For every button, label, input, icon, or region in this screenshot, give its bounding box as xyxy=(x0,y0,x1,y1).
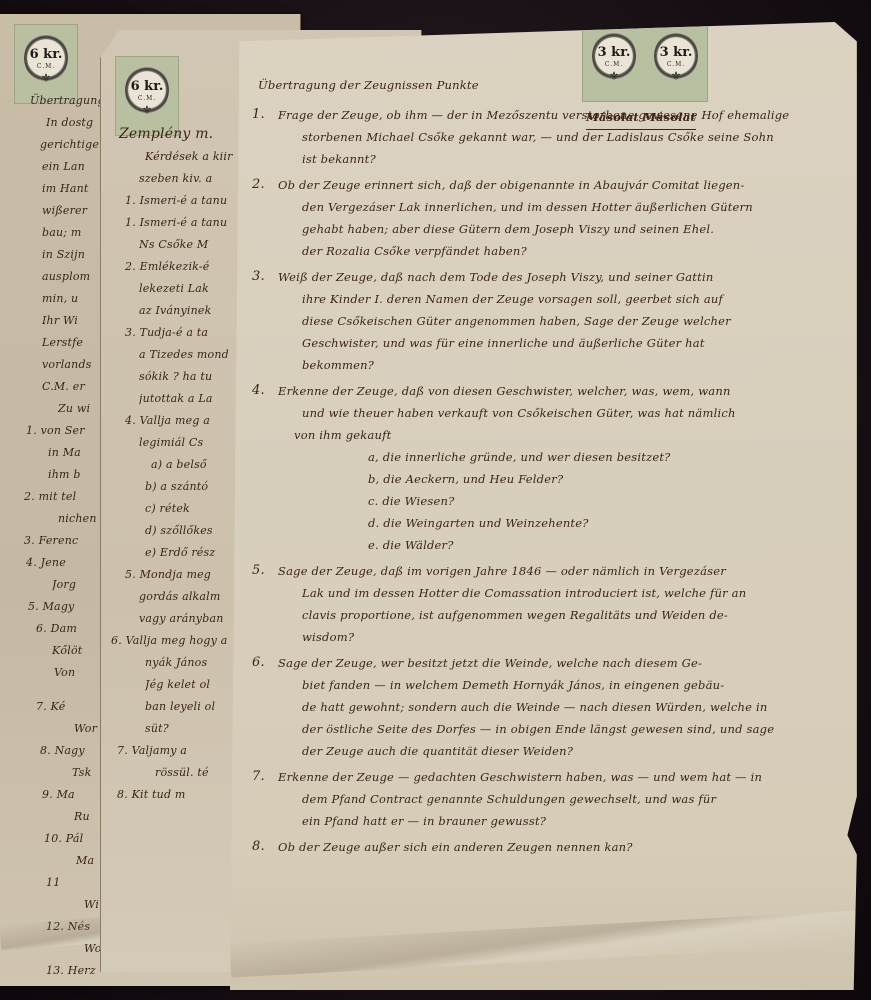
double-eagle-icon: ⚜ xyxy=(116,103,178,117)
text-line: d) szőllőkes xyxy=(145,520,233,542)
sub-item: b, die Aeckern, und Heu Felder? xyxy=(368,468,842,490)
stamp-value: 6 kr. xyxy=(116,79,178,94)
text-line: a) a belső xyxy=(151,454,233,476)
text-line: a Tizedes mond xyxy=(139,344,233,366)
question-item: 8. Ob der Zeuge außer sich ein anderen Z… xyxy=(252,836,842,858)
text-line: 8. Kit tud m xyxy=(117,784,233,806)
text-line: Geschwister, und was für eine innerliche… xyxy=(302,332,842,354)
text-line: Weiß der Zeuge, daß nach dem Tode des Jo… xyxy=(278,266,842,288)
text-line: Erkenne der Zeuge — gedachten Geschwiste… xyxy=(278,766,842,788)
text-line: az Iványinek xyxy=(139,300,233,322)
text-line: Sage der Zeuge, daß im vorigen Jahre 184… xyxy=(278,560,842,582)
text-line: 7. Valjamy a xyxy=(117,740,233,762)
text-line: dem Pfand Contract genannte Schuldungen … xyxy=(302,788,842,810)
text-line: clavis proportione, ist aufgenommen wege… xyxy=(302,604,842,626)
document-title: Übertragung der Zeugnissen Punkte xyxy=(258,74,479,96)
stamp-value: 3 kr. xyxy=(583,45,645,60)
text-line: von ihm gekauft xyxy=(294,424,842,446)
text-line: e) Erdő rész xyxy=(145,542,233,564)
question-item: 6. Sage der Zeuge, wer besitzt jetzt die… xyxy=(252,652,842,762)
sheet-header: Zemplény m. xyxy=(119,126,213,142)
question-item: 3. Weiß der Zeuge, daß nach dem Tode des… xyxy=(252,266,842,376)
double-eagle-icon: ⚜ xyxy=(645,69,707,83)
text-line: der Rozalia Csőke verpfändet haben? xyxy=(302,240,842,262)
text-line: storbenen Michael Csőke gekannt war, — u… xyxy=(302,126,842,148)
text-line: c) rétek xyxy=(145,498,233,520)
question-list: 1. Frage der Zeuge, ob ihm — der in Mező… xyxy=(252,104,842,862)
middle-sheet-text: Kérdések a kiir szeben kiv. a 1. Ismeri-… xyxy=(105,146,233,806)
text-line: sókik ? ha tu xyxy=(139,366,233,388)
text-line: 5. Mondja meg xyxy=(125,564,233,586)
text-line: Sage der Zeuge, wer besitzt jetzt die We… xyxy=(278,652,842,674)
stamp-unit: C.M. xyxy=(15,63,77,70)
text-line: Jég kelet ol xyxy=(145,674,233,696)
text-line: bekommen? xyxy=(302,354,842,376)
sub-item: c. die Wiesen? xyxy=(368,490,842,512)
question-item: 2. Ob der Zeuge erinnert sich, daß der o… xyxy=(252,174,842,262)
sub-item: a, die innerliche gründe, und wer diesen… xyxy=(368,446,842,468)
text-line: Kérdések a kiir xyxy=(145,146,233,168)
text-line: biet fanden — in welchem Demeth Hornyák … xyxy=(302,674,842,696)
text-line: der Zeuge auch die quantität dieser Weid… xyxy=(302,740,842,762)
question-number: 3. xyxy=(252,266,265,288)
text-line: 2. Emlékezik-é xyxy=(125,256,233,278)
text-line: ihre Kinder I. deren Namen der Zeuge vor… xyxy=(302,288,842,310)
text-line: ein Pfand hatt er — in brauner gewusst? xyxy=(302,810,842,832)
text-line: der östliche Seite des Dorfes — in obige… xyxy=(302,718,842,740)
text-line: nyák János xyxy=(145,652,233,674)
text-line: 1. Ismeri-é a tanu xyxy=(125,190,233,212)
front-document-sheet: 3 kr. C.M. ⚜ 3 kr. C.M. ⚜ Übertragung de… xyxy=(230,22,860,990)
text-line: vagy arányban xyxy=(139,608,233,630)
question-number: 8. xyxy=(252,836,265,858)
question-number: 6. xyxy=(252,652,265,674)
text-line: ban leyeli ol xyxy=(145,696,233,718)
sub-item-list: a, die innerliche gründe, und wer diesen… xyxy=(368,446,842,556)
question-number: 7. xyxy=(252,766,265,788)
question-item: 4. Erkenne der Zeuge, daß von diesen Ges… xyxy=(252,380,842,556)
text-line: szeben kiv. a xyxy=(139,168,233,190)
double-eagle-icon: ⚜ xyxy=(583,69,645,83)
text-line: jutottak a La xyxy=(139,388,233,410)
text-line: b) a szántó xyxy=(145,476,233,498)
text-line: süt? xyxy=(145,718,233,740)
text-line: Ns Csőke M xyxy=(139,234,233,256)
text-line: wisdom? xyxy=(302,626,842,648)
text-line: und wie theuer haben verkauft von Csőkei… xyxy=(302,402,842,424)
text-line: 3. Tudja-é a ta xyxy=(125,322,233,344)
text-line: 1. Ismeri-é a tanu xyxy=(125,212,233,234)
question-item: 7. Erkenne der Zeuge — gedachten Geschwi… xyxy=(252,766,842,832)
double-eagle-icon: ⚜ xyxy=(15,71,77,85)
question-number: 5. xyxy=(252,560,265,582)
text-line: den Vergezáser Lak innerlichen, und im d… xyxy=(302,196,842,218)
paper-fold xyxy=(230,911,860,978)
question-number: 1. xyxy=(252,104,265,126)
revenue-stamp-pair: 3 kr. C.M. ⚜ 3 kr. C.M. ⚜ xyxy=(582,22,708,102)
revenue-stamp: 6 kr. C.M. ⚜ xyxy=(115,56,179,136)
question-number: 2. xyxy=(252,174,265,196)
stamp-unit: C.M. xyxy=(645,61,707,68)
stamp-value: 3 kr. xyxy=(645,45,707,60)
question-item: 1. Frage der Zeuge, ob ihm — der in Mező… xyxy=(252,104,842,170)
text-line: rössül. té xyxy=(155,762,233,784)
text-line: diese Csőkeischen Güter angenommen haben… xyxy=(302,310,842,332)
text-line: legimiál Cs xyxy=(139,432,233,454)
text-line: 6. Vallja meg hogy a xyxy=(111,630,233,652)
stamp-unit: C.M. xyxy=(116,95,178,102)
text-line: Ob der Zeuge außer sich ein anderen Zeug… xyxy=(278,836,842,858)
sub-item: e. die Wälder? xyxy=(368,534,842,556)
text-line: Frage der Zeuge, ob ihm — der in Mezősze… xyxy=(278,104,842,126)
revenue-stamp: 3 kr. C.M. ⚜ xyxy=(583,23,645,101)
text-line: gordás alkalm xyxy=(139,586,233,608)
revenue-stamp: 3 kr. C.M. ⚜ xyxy=(645,23,707,101)
text-line: Lak und im dessen Hotter die Comassation… xyxy=(302,582,842,604)
text-line: gehabt haben; aber diese Gütern dem Jose… xyxy=(302,218,842,240)
text-line: Erkenne der Zeuge, daß von diesen Geschw… xyxy=(278,380,842,402)
stamp-unit: C.M. xyxy=(583,61,645,68)
stamp-value: 6 kr. xyxy=(15,47,77,62)
question-item: 5. Sage der Zeuge, daß im vorigen Jahre … xyxy=(252,560,842,648)
text-line: lekezeti Lak xyxy=(139,278,233,300)
text-line: de hatt gewohnt; sondern auch die Weinde… xyxy=(302,696,842,718)
text-line: Ob der Zeuge erinnert sich, daß der obig… xyxy=(278,174,842,196)
sub-item: d. die Weingarten und Weinzehente? xyxy=(368,512,842,534)
question-number: 4. xyxy=(252,380,265,402)
text-line: ist bekannt? xyxy=(302,148,842,170)
text-line: 4. Vallja meg a xyxy=(125,410,233,432)
